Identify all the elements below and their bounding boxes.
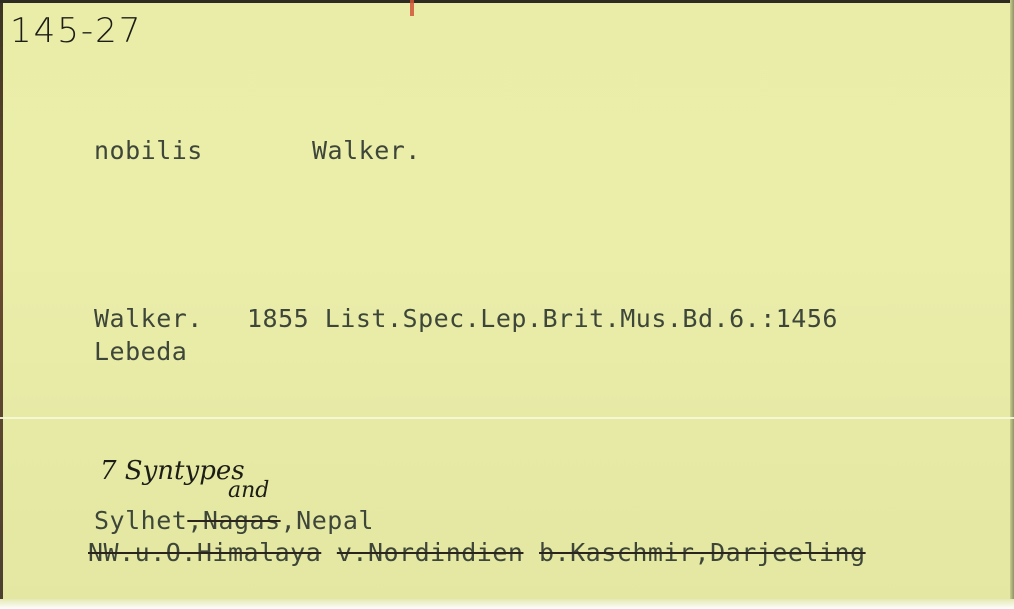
- struck-locality: ,Nagas: [187, 506, 280, 535]
- locality-line-2: NW.u.O.Himalaya v.Nordindien b.Kaschmir,…: [88, 540, 866, 565]
- red-tab-mark: [410, 0, 414, 16]
- catalog-number: 145-27: [10, 14, 142, 48]
- species-author: Walker.: [312, 138, 421, 163]
- struck-locality: b.Kaschmir,Darjeeling: [539, 538, 866, 567]
- fold-line: [0, 417, 1014, 419]
- locality: ,Nepal: [281, 506, 374, 535]
- card-bottom-edge: [0, 599, 1014, 609]
- locality: Sylhet: [94, 506, 187, 535]
- reference-citation: 1855 List.Spec.Lep.Brit.Mus.Bd.6.:1456: [247, 306, 838, 331]
- index-card: 145-27 nobilis Walker. Walker. 1855 List…: [0, 0, 1014, 609]
- handwritten-insertion: and: [228, 480, 269, 502]
- reference-author: Walker.: [94, 306, 203, 331]
- species-name: nobilis: [94, 138, 203, 163]
- card-top-edge: [0, 0, 1014, 3]
- struck-locality: v.Nordindien: [337, 538, 524, 567]
- locality-line-1: Sylhet,Nagas,Nepal: [94, 508, 374, 533]
- card-right-edge: [1010, 0, 1014, 609]
- type-material-note: 7 Syntypes: [100, 458, 245, 484]
- locality: [321, 538, 337, 567]
- struck-locality: NW.u.O.Himalaya: [88, 538, 321, 567]
- reference-secondary-author: Lebeda: [94, 339, 187, 364]
- locality: [523, 538, 539, 567]
